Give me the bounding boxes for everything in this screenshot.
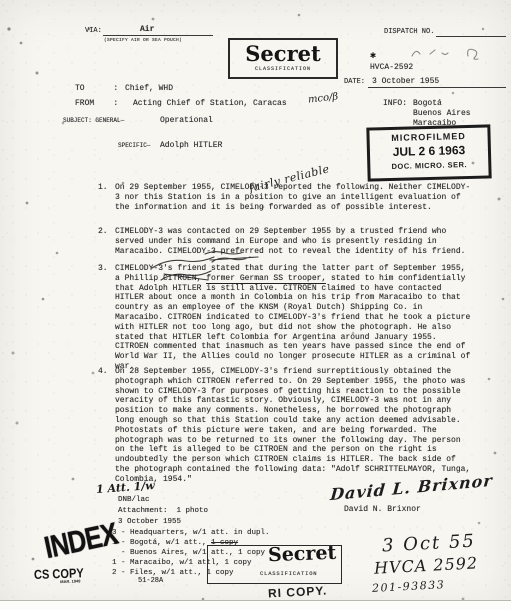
paragraph-2-text: CIMELODY-3 was contacted on 29 September… (115, 227, 473, 256)
index-stamp: INDEX (41, 516, 120, 567)
via-caption: (SPECIFY AIR OR SEA POUCH) (104, 38, 182, 43)
date-label: DATE: (344, 78, 365, 86)
paragraph-3-number: 3. (98, 264, 115, 372)
ri-copy-stamp: RI COPY. (268, 583, 328, 600)
secret-stamp-title: Secret (230, 41, 336, 66)
paragraph-4-text: On 28 September 1955, CIMELODY-3's frien… (115, 367, 473, 485)
signature-typed-name: David N. Brixnor (344, 505, 421, 514)
specific-value: Adolph HITLER (160, 141, 222, 150)
cs-copy-stamp-text: CS COPY (34, 565, 84, 582)
attachment-line: Attachment: 1 photo (118, 507, 208, 515)
info-value-2: Buenos Aires (413, 109, 471, 118)
via-label: VIA: (85, 27, 102, 35)
paragraph-4: 4. On 28 September 1955, CIMELODY-3's fr… (98, 367, 473, 485)
date-underline (368, 87, 506, 88)
scanned-document-page: VIA: Air (SPECIFY AIR OR SEA POUCH) DISP… (0, 0, 511, 610)
scan-edge (0, 600, 511, 610)
info-value-1: Bogotá (413, 99, 442, 108)
microfilmed-stamp-line1: MICROFILMED (369, 130, 487, 143)
from-value: Acting Chief of Station, Caracas (133, 99, 287, 108)
specific-label: SPECIFIC— (118, 142, 150, 149)
scan-noise (0, 0, 2, 2)
handwritten-scribble (408, 44, 498, 62)
dispatch-underline (436, 36, 506, 37)
paragraph-4-number: 4. (98, 367, 115, 485)
via-value: Air (140, 25, 154, 34)
dispatch-label: DISPATCH NO. (384, 28, 434, 36)
secret-stamp-title: Secret (267, 542, 336, 566)
handwritten-file-number: 201-93833 (372, 578, 446, 595)
handwritten-attachment-note: 1 Att. 1/w (96, 479, 156, 496)
secret-classification-stamp: Secret CLASSIFICATION (228, 38, 338, 79)
secret-classification-stamp-bottom: Secret CLASSIFICATION (207, 545, 342, 584)
subject-value: Operational (160, 116, 213, 125)
handwritten-doc-number: HVCA 2592 (374, 553, 479, 577)
secret-stamp-subtitle: CLASSIFICATION (260, 570, 317, 577)
form-number: 51-28A (138, 577, 163, 585)
paragraph-3-underlined-phrase: former German SS trooper, (206, 274, 326, 284)
initials-line: DNB/lac (118, 496, 150, 504)
distribution-row: 3 - Headquarters, w/1 att. in dupl. (112, 529, 270, 537)
footer-date-line: 3 October 1955 (118, 518, 181, 526)
doc-number: HVCA-2592 (370, 63, 413, 72)
microfilmed-stamp-line2: JUL 2 6 1963 (370, 142, 488, 159)
date-value: 3 October 1955 (372, 77, 439, 86)
paragraph-3: 3. CIMELODY-3's friend stated that durin… (98, 264, 473, 372)
paragraph-1-text: On 29 September 1955, CIMELODY-3 reporte… (115, 183, 473, 212)
paragraph-3-post: stated to him confidentially that Adolph… (115, 274, 470, 371)
handwritten-date: 3 Oct 55 (382, 531, 477, 557)
to-label: TO : (75, 84, 118, 93)
from-label: FROM : (75, 99, 118, 108)
handwritten-routing-mark: mco/β (308, 91, 339, 105)
microfilmed-stamp-line3: DOC. MICRO. SER. (370, 159, 488, 171)
paragraph-1-number: 1. (98, 183, 115, 212)
via-underline (103, 35, 213, 36)
microfilmed-stamp: MICROFILMED JUL 2 6 1963 DOC. MICRO. SER… (366, 124, 491, 181)
handwritten-scribble (158, 270, 216, 284)
info-label: INFO: (383, 99, 407, 108)
secret-stamp-subtitle: CLASSIFICATION (230, 66, 336, 72)
paragraph-1: 1. On 29 September 1955, CIMELODY-3 repo… (98, 183, 473, 212)
to-value: Chief, WHD (125, 84, 173, 93)
subject-label: SUBJECT: GENERAL— (63, 117, 124, 124)
ink-blot: ✱ (370, 50, 376, 62)
paragraph-2-number: 2. (98, 227, 115, 256)
cs-copy-stamp: CS COPY MAR. 1949 (34, 565, 93, 585)
